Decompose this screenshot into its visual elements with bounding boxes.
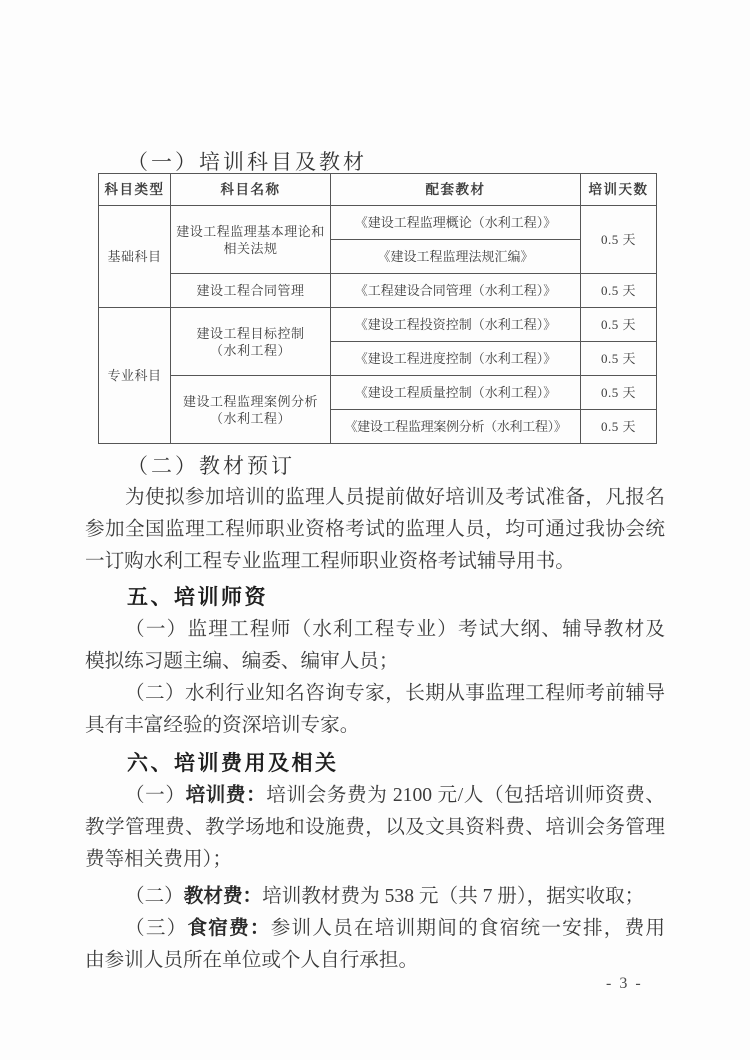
table-row: 基础科目 建设工程监理基本理论和 相关法规 《建设工程监理概论（水利工程）》 0… [99,206,657,240]
header-cell-days: 培训天数 [581,174,657,206]
item-prefix: （三） [125,918,187,939]
text-segment: 参训人员在培训期间的食宿统一安排，费用 [271,918,665,939]
cell-group-professional: 专业科目 [99,308,171,444]
header-cell-subject-name: 科目名称 [171,174,331,206]
item-prefix: （一） [125,785,186,806]
fee-label-board: 食宿费： [187,918,270,939]
document-page: （一）培训科目及教材 科目类型 科目名称 配套教材 培训天数 基础科目 建设工程… [0,0,750,1060]
text-line: 教学管理费、教学场地和设施费，以及文具资料费、培训会务管理 [85,812,665,844]
cell-days: 0.5 天 [581,274,657,308]
subjects-table: 科目类型 科目名称 配套教材 培训天数 基础科目 建设工程监理基本理论和 相关法… [98,173,657,444]
section-heading-fees: 六、培训费用及相关 [85,747,665,780]
table-row: 建设工程合同管理 《工程建设合同管理（水利工程）》 0.5 天 [99,274,657,308]
fee-label-training: 培训费： [186,785,267,806]
text-line: 参加全国监理工程师职业资格考试的监理人员，均可通过我协会统 [85,514,665,546]
header-cell-materials: 配套教材 [331,174,581,206]
cell-days: 0.5 天 [581,342,657,376]
section-heading-faculty: 五、培训师资 [85,581,665,614]
text-line: （三）食宿费：参训人员在培训期间的食宿统一安排，费用 [85,913,665,945]
text-line: 费等相关费用）； [85,844,665,876]
text-line: （二）教材费：培训教材费为 538 元（共 7 册），据实收取； [85,881,665,913]
cell-book: 《建设工程质量控制（水利工程）》 [331,376,581,410]
text-line: 为使拟参加培训的监理人员提前做好培训及考试准备，凡报名 [85,482,665,514]
cell-subject-name: 建设工程监理案例分析 （水利工程） [171,376,331,444]
text-line: 由参训人员所在单位或个人自行承担。 [85,945,665,977]
cell-subject-name: 建设工程目标控制 （水利工程） [171,308,331,376]
cell-days: 0.5 天 [581,410,657,444]
text-line: （一）监理工程师（水利工程专业）考试大纲、辅导教材及 [85,614,665,646]
body-text-column: （二）教材预订 为使拟参加培训的监理人员提前做好培训及考试准备，凡报名 参加全国… [85,450,665,977]
cell-days: 0.5 天 [581,376,657,410]
cell-book: 《建设工程监理概论（水利工程）》 [331,206,581,240]
header-cell-subject-type: 科目类型 [99,174,171,206]
text-segment: 培训会务费为 2100 元/人（包括培训师资费、 [266,785,665,806]
text-line: 具有丰富经验的资深培训专家。 [85,710,665,742]
cell-book: 《建设工程投资控制（水利工程）》 [331,308,581,342]
cell-group-basic: 基础科目 [99,206,171,308]
cell-days: 0.5 天 [581,308,657,342]
fee-label-material: 教材费： [184,886,262,907]
item-prefix: （二） [125,886,184,907]
cell-days: 0.5 天 [581,206,657,274]
text-segment: 培训教材费为 538 元（共 7 册），据实收取； [262,886,644,907]
table-row: 建设工程监理案例分析 （水利工程） 《建设工程质量控制（水利工程）》 0.5 天 [99,376,657,410]
table-header-row: 科目类型 科目名称 配套教材 培训天数 [99,174,657,206]
page-number: - 3 - [606,975,643,993]
table-row: 专业科目 建设工程目标控制 （水利工程） 《建设工程投资控制（水利工程）》 0.… [99,308,657,342]
subjects-table-wrapper: 科目类型 科目名称 配套教材 培训天数 基础科目 建设工程监理基本理论和 相关法… [98,173,657,444]
cell-book: 《建设工程监理案例分析（水利工程）》 [331,410,581,444]
subsection-heading-subjects: （一）培训科目及教材 [85,146,367,176]
cell-book: 《建设工程进度控制（水利工程）》 [331,342,581,376]
cell-book: 《建设工程监理法规汇编》 [331,240,581,274]
text-line: （二）水利行业知名咨询专家，长期从事监理工程师考前辅导 [85,678,665,710]
cell-subject-name: 建设工程合同管理 [171,274,331,308]
cell-subject-name: 建设工程监理基本理论和 相关法规 [171,206,331,274]
cell-book: 《工程建设合同管理（水利工程）》 [331,274,581,308]
text-line: 一订购水利工程专业监理工程师职业资格考试辅导用书。 [85,546,665,578]
text-line: （一）培训费：培训会务费为 2100 元/人（包括培训师资费、 [85,780,665,812]
subsection-heading-material-order: （二）教材预订 [85,450,665,482]
text-line: 模拟练习题主编、编委、编审人员； [85,646,665,678]
